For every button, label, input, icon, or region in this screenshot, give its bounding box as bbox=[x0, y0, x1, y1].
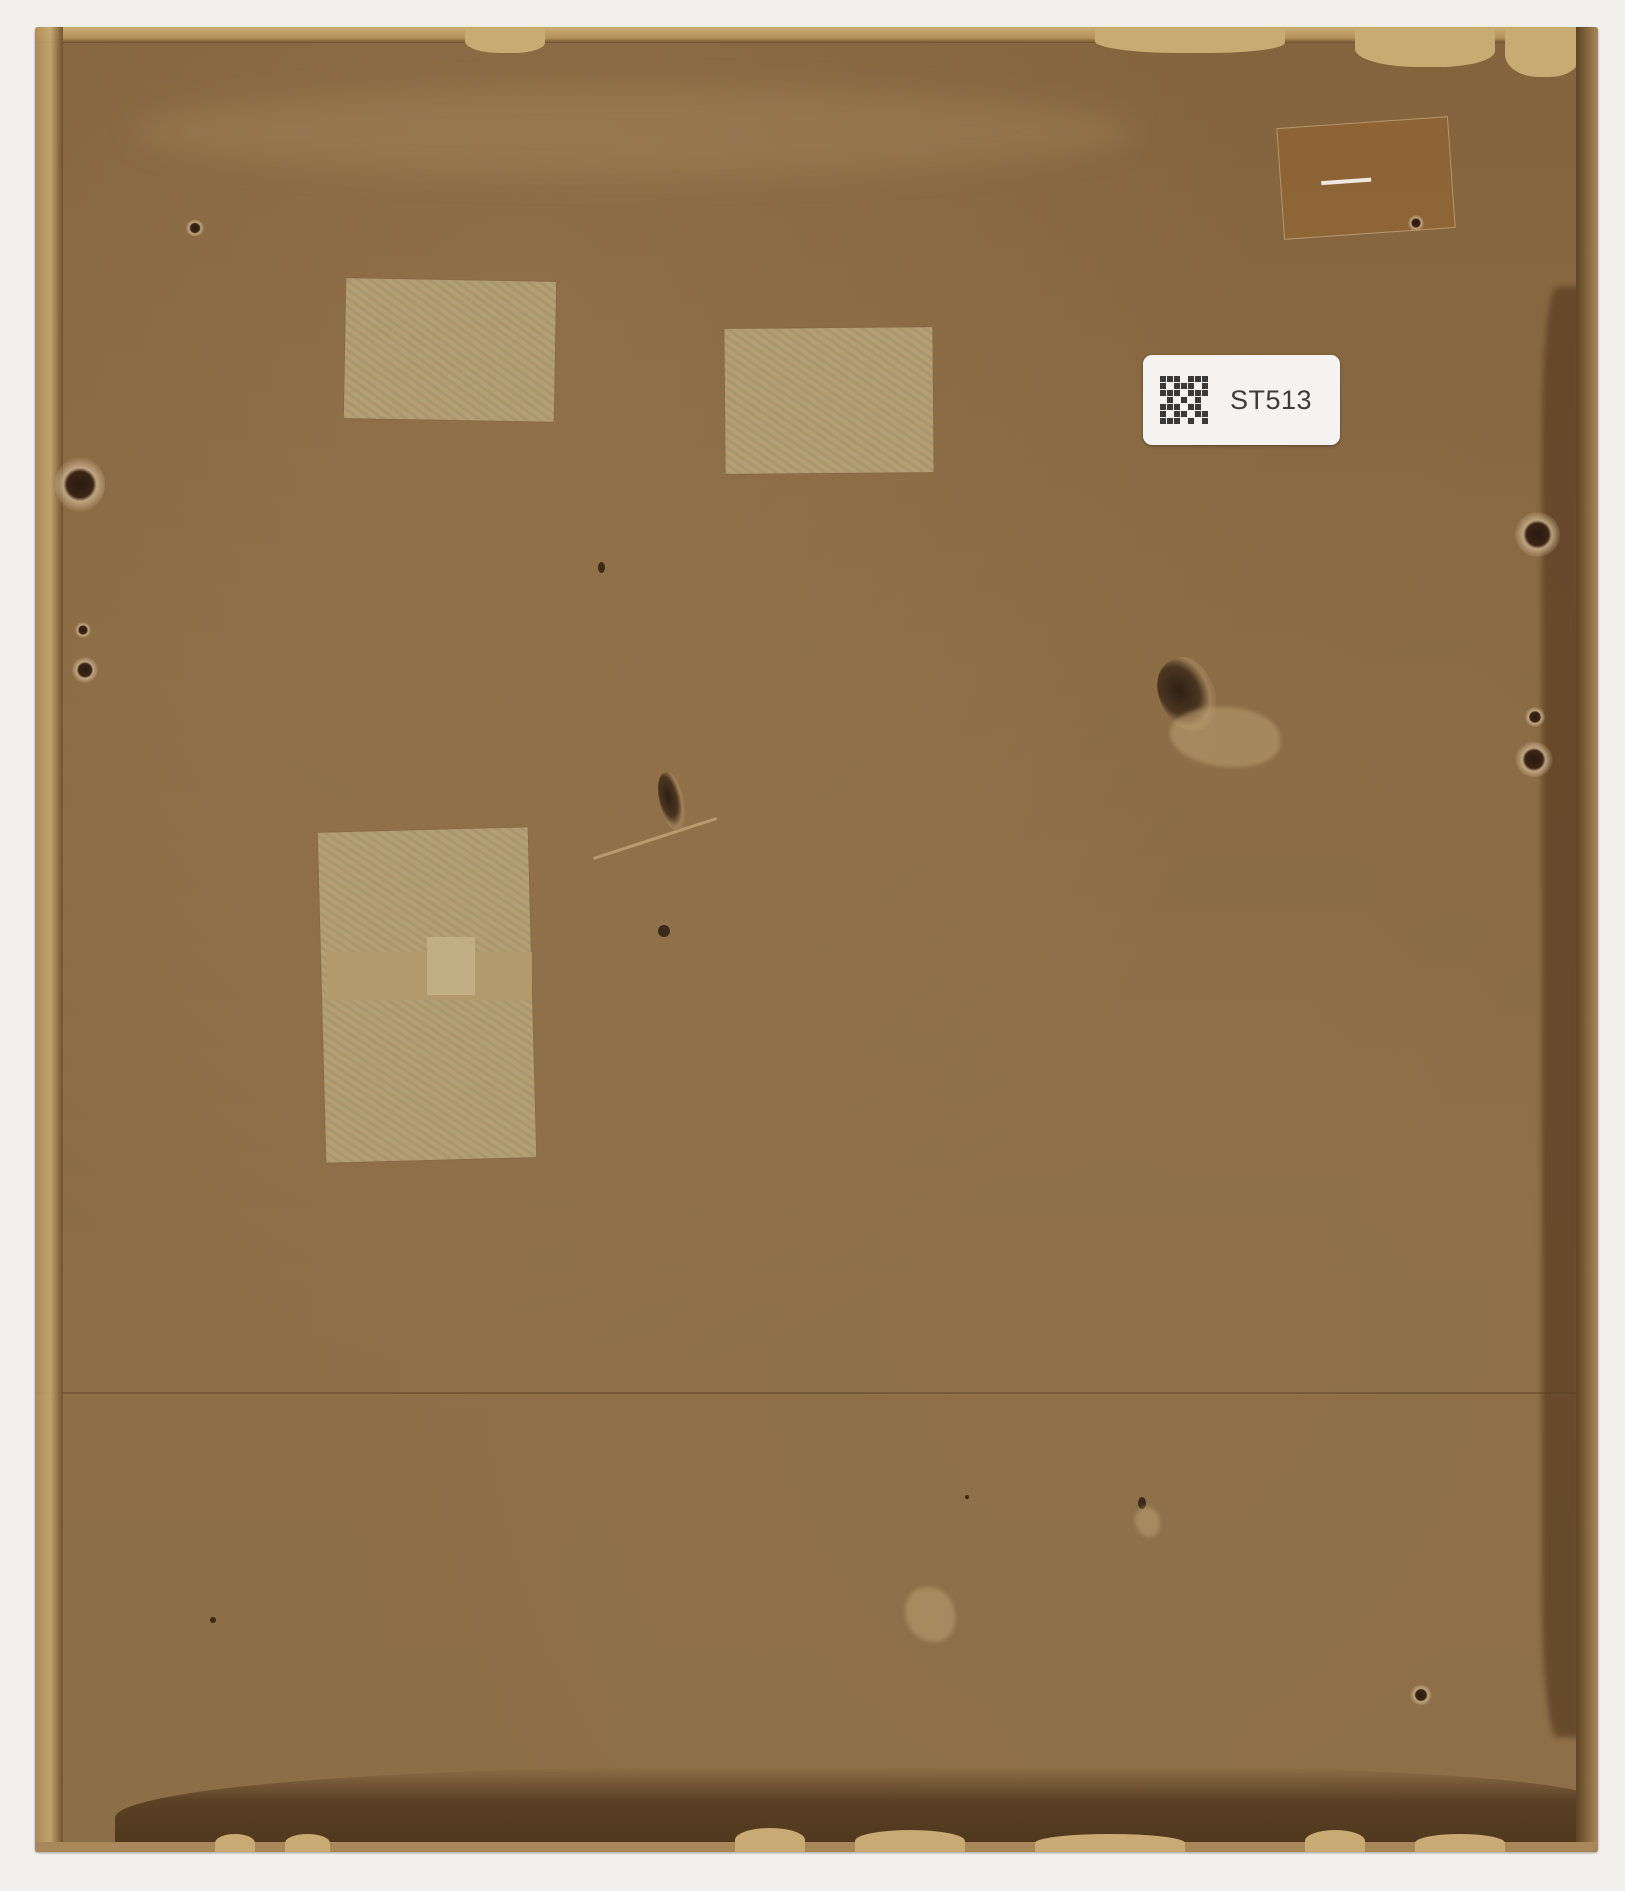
gilt-fleck bbox=[285, 1834, 330, 1852]
right-edge-stain bbox=[1542, 287, 1580, 1737]
tape-patch-top-left bbox=[344, 278, 556, 422]
gilt-fleck bbox=[855, 1830, 965, 1852]
speck bbox=[965, 1495, 969, 1499]
nail-hole-left-upper bbox=[55, 457, 105, 512]
artwork-backboard: ST513 bbox=[35, 27, 1598, 1852]
clear-tape-patch bbox=[1276, 116, 1455, 240]
gilt-residue-left bbox=[35, 27, 63, 1852]
gilt-fleck bbox=[215, 1834, 255, 1852]
nail-hole-right-lower bbox=[1515, 742, 1553, 777]
inventory-sticker: ST513 bbox=[1143, 355, 1340, 445]
tape-patch-top-center bbox=[724, 327, 933, 474]
gilt-fleck bbox=[1415, 1834, 1505, 1852]
nail-hole-bottom-right bbox=[1410, 1685, 1432, 1705]
speck bbox=[210, 1617, 216, 1623]
board-seam bbox=[35, 1392, 1598, 1394]
nail-hole-right-mid bbox=[1525, 707, 1545, 727]
nail-hole-top-left bbox=[185, 220, 205, 236]
surface-sheen bbox=[135, 87, 1135, 177]
nail-hole-left-mid bbox=[75, 622, 91, 638]
gilt-fleck bbox=[465, 27, 545, 53]
tape-tab bbox=[427, 937, 475, 995]
gilt-fleck bbox=[1505, 27, 1580, 77]
light-stain bbox=[1135, 1507, 1160, 1537]
hardboard-surface bbox=[63, 43, 1576, 1842]
speck bbox=[658, 925, 670, 937]
nail-hole-top-right bbox=[1408, 215, 1424, 231]
qr-code-icon bbox=[1160, 376, 1208, 424]
tape-glint bbox=[1321, 178, 1371, 185]
gilt-fleck bbox=[1355, 27, 1495, 67]
speck bbox=[598, 562, 605, 573]
inventory-code: ST513 bbox=[1230, 385, 1312, 416]
gilt-fleck bbox=[735, 1828, 805, 1852]
nail-hole-right-upper bbox=[1515, 512, 1560, 557]
nail-hole-left-lower bbox=[72, 657, 98, 683]
gilt-residue-right bbox=[1576, 27, 1598, 1852]
gilt-fleck bbox=[1035, 1834, 1185, 1852]
gilt-fleck bbox=[1305, 1830, 1365, 1852]
gilt-fleck bbox=[1095, 27, 1285, 53]
